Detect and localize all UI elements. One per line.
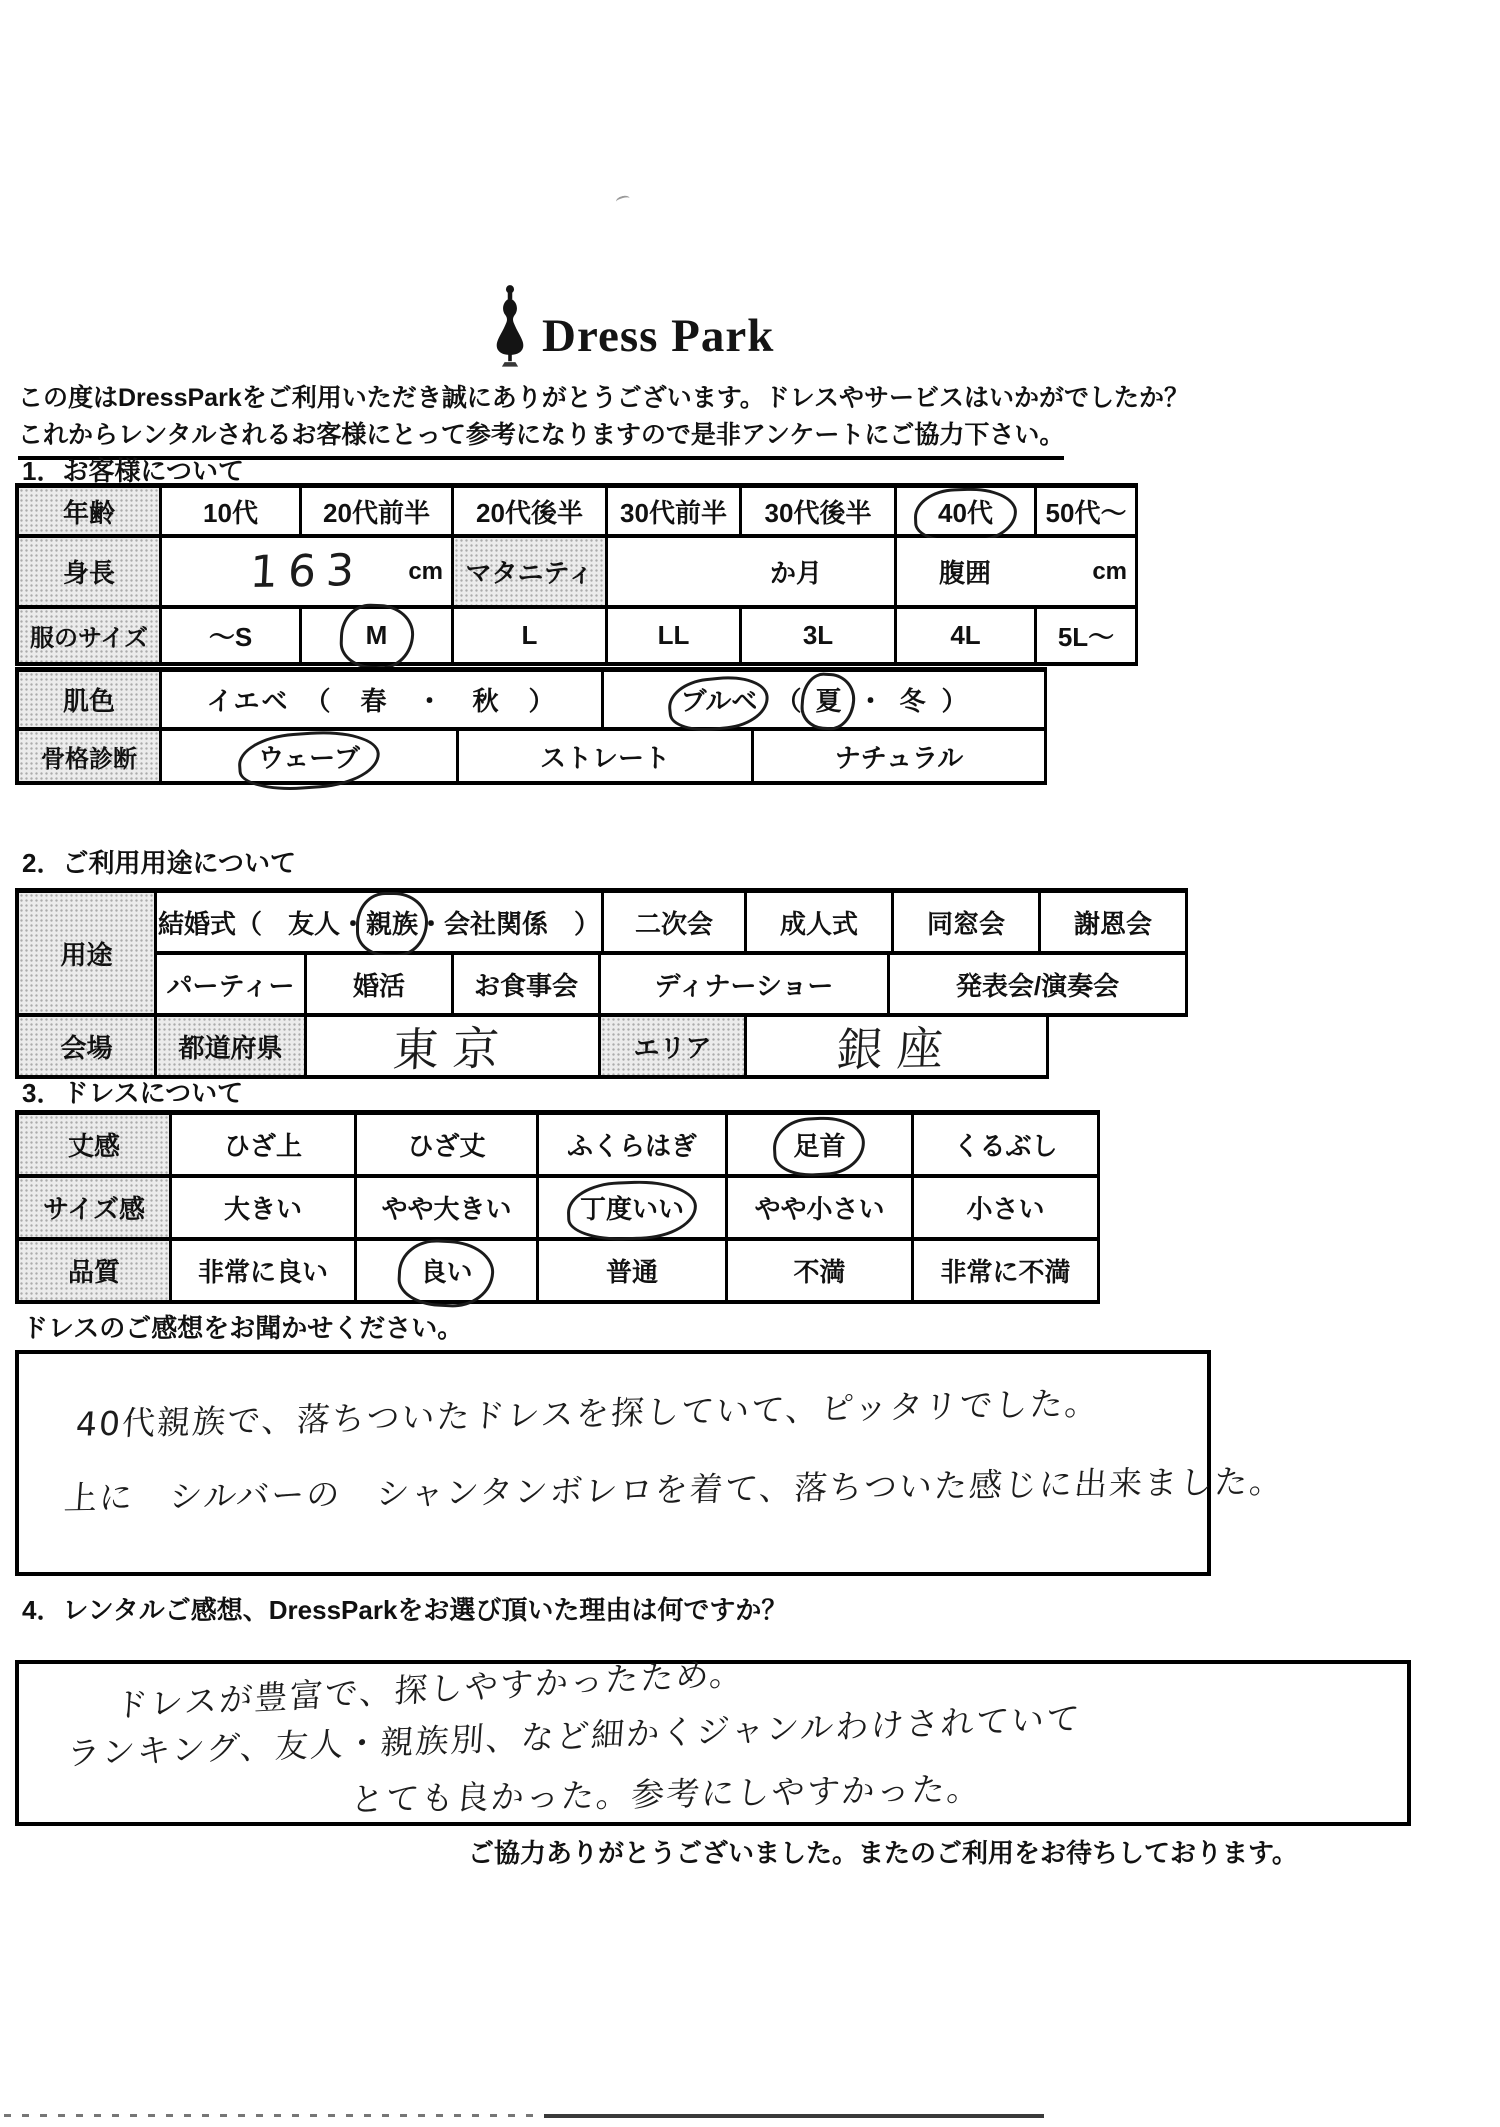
dress-comment-line: 上に シルバーの シャンタンボレロを着て、落ちついた感じに出来ました。	[63, 1455, 1287, 1519]
waist-cell: 腹囲 cm	[897, 538, 1138, 609]
scan-edge-artifact	[544, 2114, 1044, 2118]
section2-heading: 2．ご利用用途について	[22, 843, 296, 880]
age-option: 30代後半	[742, 488, 897, 538]
dress-comment-box: 40代親族で、落ちついたドレスを探していて、ピッタリでした。 上に シルバーの …	[15, 1350, 1211, 1576]
section4-heading: 4．レンタルご感想、DressParkをお選び頂いた理由は何ですか？	[22, 1590, 787, 1627]
quality-option: 非常に不満	[914, 1241, 1100, 1304]
size-option: 5L～	[1037, 609, 1138, 666]
age-option: 30代前半	[608, 488, 742, 538]
usage-option: 同窓会	[894, 893, 1041, 955]
usage-option: 婚活	[307, 955, 454, 1017]
dress-form-icon	[492, 283, 528, 371]
usage-option: 成人式	[747, 893, 894, 955]
length-option: ひざ丈	[357, 1115, 539, 1178]
dress-comment-line: 40代親族で、落ちついたドレスを探していて、ピッタリでした。	[75, 1377, 1102, 1445]
fit-option: 大きい	[172, 1178, 357, 1241]
closing-thanks: ご協力ありがとうございました。またのご利用をお待ちしております。	[468, 1833, 1298, 1870]
skeleton-row: 骨格診断 ウェーブ ストレート ナチュラル	[19, 731, 1047, 785]
quality-option: 非常に良い	[172, 1241, 357, 1304]
length-row: 丈感 ひざ上 ひざ丈 ふくらはぎ 足首 くるぶし	[19, 1115, 1100, 1178]
size-option: L	[454, 609, 608, 666]
age-option: 50代～	[1037, 488, 1138, 538]
questionnaire-scan: Dress Park この度はDressParkをご利用いただき誠にありがとうご…	[0, 0, 1500, 2127]
waist-label: 腹囲	[939, 553, 991, 590]
fit-option: やや大きい	[357, 1178, 539, 1241]
skeleton-label: 骨格診断	[19, 731, 162, 785]
age-option: 20代前半	[302, 488, 454, 538]
quality-option: 普通	[539, 1241, 728, 1304]
circle-annotation: 親族	[366, 904, 418, 941]
height-unit: cm	[408, 558, 443, 586]
brand-logo: Dress Park	[492, 283, 774, 371]
skin-tone-row: 肌色 イエベ （ 春 ・ 秋 ） ブルベ （ 夏 ・ 冬 ）	[19, 672, 1047, 731]
usage-option: ディナーショー	[601, 955, 890, 1017]
fit-label: サイズ感	[19, 1178, 172, 1241]
customer-table-upper: 年齢 10代 20代前半 20代後半 30代前半 30代後半 40代 50代～ …	[15, 483, 1138, 666]
size-option: LL	[608, 609, 742, 666]
skin-label: 肌色	[19, 672, 162, 731]
age-option-selected: 40代	[897, 488, 1037, 538]
height-row: 身長 163 cm マタニティ か月 腹囲 cm	[19, 538, 1138, 609]
waist-unit: cm	[1092, 558, 1127, 586]
circle-annotation: 良い	[420, 1252, 472, 1289]
circle-annotation: 足首	[793, 1126, 845, 1163]
fit-option: 小さい	[914, 1178, 1100, 1241]
prefecture-value: 東京	[307, 1017, 601, 1079]
brand-name: Dress Park	[542, 309, 774, 363]
area-handwritten: 銀座	[835, 1012, 959, 1080]
fit-row: サイズ感 大きい やや大きい 丁度いい やや小さい 小さい	[19, 1178, 1100, 1241]
usage-label: 用途	[19, 893, 157, 1017]
area-label: エリア	[601, 1017, 747, 1079]
usage-option: 謝恩会	[1041, 893, 1188, 955]
usage-wedding-option: 結婚式（ 友人・親族・会社関係 ）	[157, 893, 604, 955]
length-option: くるぶし	[914, 1115, 1100, 1178]
fit-option-selected: 丁度いい	[539, 1178, 728, 1241]
size-option: 4L	[897, 609, 1037, 666]
rental-comment-box: ドレスが豊富で、探しやすかったため。 ランキング、友人・親族別、など細かくジャン…	[15, 1660, 1411, 1826]
age-option: 10代	[162, 488, 302, 538]
usage-option: パーティー	[157, 955, 307, 1017]
prefecture-handwritten: 東京	[391, 1012, 515, 1080]
size-label: 服のサイズ	[19, 609, 162, 666]
length-option: ふくらはぎ	[539, 1115, 728, 1178]
height-handwritten-value: 163	[248, 545, 365, 598]
usage-rows: 用途 結婚式（ 友人・親族・会社関係 ） 二次会 成人式 同窓会 謝恩会 パーテ…	[19, 893, 1188, 1017]
usage-row-1: 結婚式（ 友人・親族・会社関係 ） 二次会 成人式 同窓会 謝恩会	[157, 893, 1188, 955]
usage-option: 二次会	[604, 893, 747, 955]
height-label: 身長	[19, 538, 162, 609]
age-row: 年齢 10代 20代前半 20代後半 30代前半 30代後半 40代 50代～	[19, 488, 1138, 538]
height-value-cell: 163 cm	[162, 538, 454, 609]
circle-annotation: ブルベ	[680, 681, 757, 718]
intro-line-1: この度はDressParkをご利用いただき誠にありがとうございます。ドレスやサー…	[18, 380, 1488, 417]
circle-annotation: ウェーブ	[258, 738, 360, 775]
size-option: 3L	[742, 609, 897, 666]
age-label: 年齢	[19, 488, 162, 538]
dress-table: 丈感 ひざ上 ひざ丈 ふくらはぎ 足首 くるぶし サイズ感 大きい やや大きい …	[15, 1110, 1100, 1304]
scan-artifact	[615, 194, 631, 205]
clothing-size-row: 服のサイズ ～S M L LL 3L 4L 5L～	[19, 609, 1138, 666]
quality-row: 品質 非常に良い 良い 普通 不満 非常に不満	[19, 1241, 1100, 1304]
quality-option: 不満	[728, 1241, 914, 1304]
usage-option: 発表会/演奏会	[890, 955, 1188, 1017]
area-value: 銀座	[747, 1017, 1049, 1079]
usage-row-2: パーティー 婚活 お食事会 ディナーショー 発表会/演奏会	[157, 955, 1188, 1017]
circle-annotation: 40代	[938, 493, 993, 530]
length-option: ひざ上	[172, 1115, 357, 1178]
circle-annotation: 夏	[815, 681, 841, 718]
circle-annotation: M	[366, 620, 388, 651]
quality-label: 品質	[19, 1241, 172, 1304]
size-option-selected: M	[302, 609, 454, 666]
venue-label: 会場	[19, 1017, 157, 1079]
skin-cool-option: ブルベ （ 夏 ・ 冬 ）	[604, 672, 1047, 731]
section3-heading: 3．ドレスについて	[22, 1073, 243, 1110]
scan-edge-artifact	[4, 2114, 544, 2117]
prefecture-label: 都道府県	[157, 1017, 307, 1079]
age-option: 20代後半	[454, 488, 608, 538]
usage-table: 用途 結婚式（ 友人・親族・会社関係 ） 二次会 成人式 同窓会 謝恩会 パーテ…	[15, 888, 1188, 1079]
venue-row: 会場 都道府県 東京 エリア 銀座	[19, 1017, 1188, 1079]
quality-option-selected: 良い	[357, 1241, 539, 1304]
length-option-selected: 足首	[728, 1115, 914, 1178]
dress-comment-label: ドレスのご感想をお聞かせください。	[22, 1308, 463, 1345]
skeleton-option: ストレート	[459, 731, 754, 785]
customer-table-lower: 肌色 イエベ （ 春 ・ 秋 ） ブルベ （ 夏 ・ 冬 ） 骨格診断 ウェーブ	[15, 667, 1047, 785]
rental-comment-line: とても良かった。参考にしやすかった。	[349, 1763, 984, 1821]
size-option: ～S	[162, 609, 302, 666]
length-label: 丈感	[19, 1115, 172, 1178]
skeleton-option-selected: ウェーブ	[162, 731, 459, 785]
intro-text: この度はDressParkをご利用いただき誠にありがとうございます。ドレスやサー…	[18, 380, 1488, 460]
circle-annotation: 丁度いい	[580, 1189, 684, 1226]
skeleton-option: ナチュラル	[754, 731, 1047, 785]
maternity-months-cell: か月	[608, 538, 897, 609]
usage-option: お食事会	[454, 955, 601, 1017]
skin-warm-option: イエベ （ 春 ・ 秋 ）	[162, 672, 604, 731]
maternity-label: マタニティ	[454, 538, 608, 609]
fit-option: やや小さい	[728, 1178, 914, 1241]
